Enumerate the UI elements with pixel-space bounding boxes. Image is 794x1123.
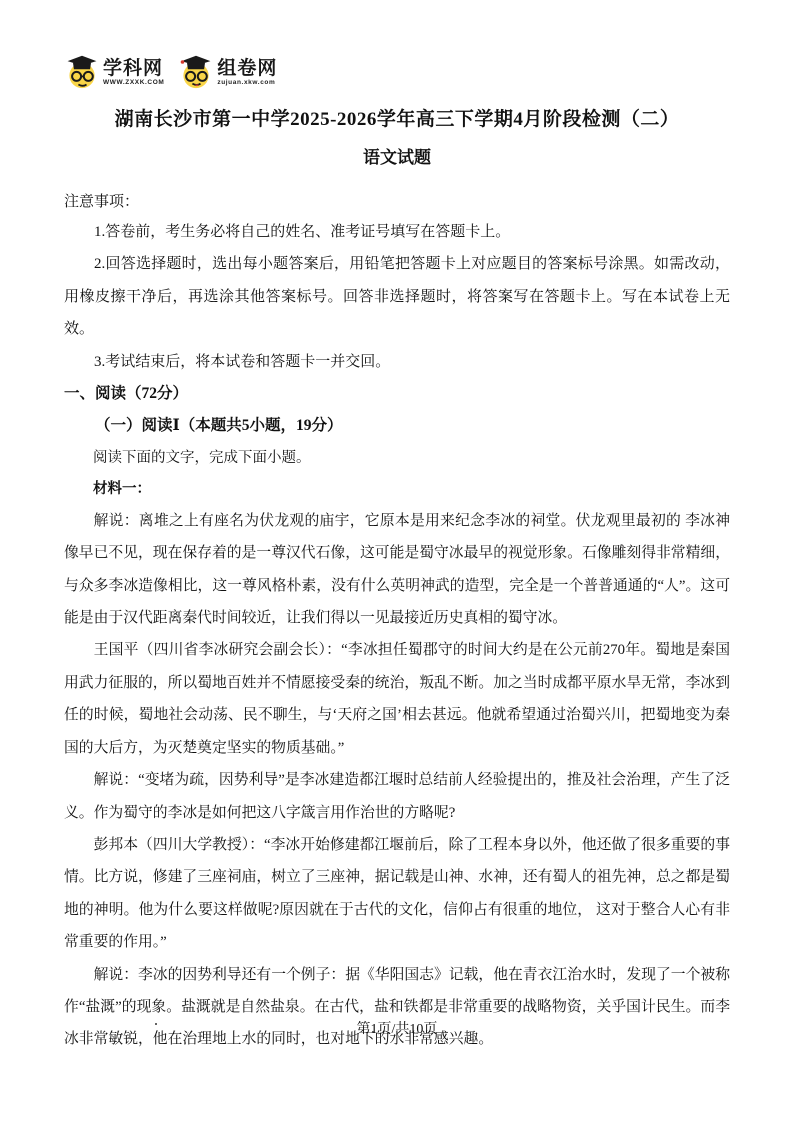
passage-paragraph: 解说：离堆之上有座名为伏龙观的庙宇，它原本是用来纪念李冰的祠堂。伏龙观里最初的 … bbox=[64, 505, 730, 635]
xuekewang-logo-url: WWW.ZXXK.COM bbox=[103, 80, 164, 87]
logo-text-block: 组卷网 zujuan.xkw.com bbox=[217, 59, 277, 87]
owl-mascot-icon bbox=[64, 52, 100, 95]
passage-paragraph: 解说：“变堵为疏，因势利导”是李冰建造都江堰时总结前人经验提出的，推及社会治理，… bbox=[64, 764, 730, 829]
exam-paper-page: 学科网 WWW.ZXXK.COM bbox=[0, 0, 794, 1123]
owl-mascot-icon bbox=[178, 52, 214, 95]
notice-item-1: 1.答卷前，考生务必将自己的姓名、准考证号填写在答题卡上。 bbox=[64, 216, 730, 248]
passage-paragraph: 彭邦本（四川大学教授）：“李冰开始修建都江堰前后，除了工程本身以外，他还做了很多… bbox=[64, 829, 730, 959]
passage-paragraph: 解说：李冰的因势利导还有一个例子：据《华阳国志》记载，他在青衣江治水时，发现了一… bbox=[64, 959, 730, 1056]
passage-paragraph: 王国平（四川省李冰研究会副会长）：“李冰担任蜀郡守的时间大约是在公元前270年。… bbox=[64, 634, 730, 764]
zujuanwang-logo: 组卷网 zujuan.xkw.com bbox=[178, 52, 277, 95]
document-subtitle: 语文试题 bbox=[64, 146, 730, 170]
notice-item-3: 3.考试结束后，将本试卷和答题卡一并交回。 bbox=[64, 346, 730, 378]
material-one-label: 材料一： bbox=[64, 474, 730, 505]
zujuanwang-logo-name: 组卷网 bbox=[217, 59, 277, 78]
page-content: 学科网 WWW.ZXXK.COM bbox=[0, 0, 794, 1056]
notice-heading: 注意事项： bbox=[64, 188, 730, 216]
xuekewang-logo-name: 学科网 bbox=[103, 59, 164, 78]
notice-item-2: 2.回答选择题时，选出每小题答案后，用铅笔把答题卡上对应题目的答案标号涂黑。如需… bbox=[64, 248, 730, 345]
subpart-heading: （一）阅读Ⅰ（本题共5小题，19分） bbox=[64, 410, 730, 442]
zujuanwang-logo-url: zujuan.xkw.com bbox=[217, 80, 277, 87]
reading-instruction: 阅读下面的文字，完成下面小题。 bbox=[64, 443, 730, 474]
part-heading: 一、阅读（72分） bbox=[64, 378, 730, 410]
logo-bar: 学科网 WWW.ZXXK.COM bbox=[64, 52, 730, 94]
xuekewang-logo: 学科网 WWW.ZXXK.COM bbox=[64, 52, 164, 95]
page-number-footer: 第1页/共10页 bbox=[0, 1018, 794, 1038]
document-title: 湖南长沙市第一中学2025-2026学年高三下学期4月阶段检测（二） bbox=[64, 107, 730, 133]
logo-text-block: 学科网 WWW.ZXXK.COM bbox=[103, 59, 164, 87]
